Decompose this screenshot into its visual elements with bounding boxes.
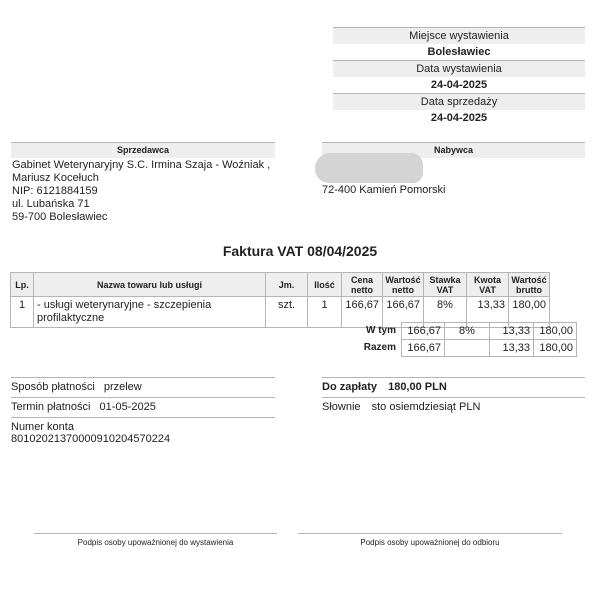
- header-lp: Lp.: [11, 273, 34, 297]
- receiver-signature-line: Podpis osoby upoważnionej do odbioru: [298, 533, 562, 547]
- payment-method-label: Sposób płatności: [11, 378, 95, 397]
- header-vat-rate: Stawka VAT: [424, 273, 467, 297]
- including-vat-rate: 8%: [445, 323, 490, 340]
- amount-due-value: 180,00 PLN: [388, 381, 447, 393]
- total-gross-value: 180,00: [534, 340, 577, 357]
- amount-due-section: Do zapłaty 180,00 PLN Słownie sto osiemd…: [322, 377, 585, 417]
- cell-unit: szt.: [266, 297, 308, 328]
- issue-info-box: Miejsce wystawienia Bolesławiec Data wys…: [333, 27, 585, 126]
- payment-section: Sposób płatności przelew Termin płatnośc…: [11, 377, 275, 445]
- seller-details: Gabinet Weterynaryjny S.C. Irmina Szaja …: [11, 158, 275, 224]
- account-block: Numer konta 80102021370000910204570224: [11, 417, 275, 445]
- including-vat-amount: 13,33: [490, 323, 534, 340]
- payment-due-label: Termin płatności: [11, 398, 90, 417]
- invoice-title: Faktura VAT 08/04/2025: [0, 243, 600, 259]
- total-label: Razem: [359, 340, 402, 357]
- sale-date-label: Data sprzedaży: [333, 93, 585, 110]
- seller-street: ul. Lubańska 71: [12, 198, 275, 211]
- issuer-signature-line: Podpis osoby upoważnionej do wystawienia: [34, 533, 277, 547]
- sale-date-value: 24-04-2025: [333, 110, 585, 126]
- payment-method-value: przelew: [104, 381, 142, 393]
- cell-lp: 1: [11, 297, 34, 328]
- including-label: W tym: [359, 323, 402, 340]
- seller-nip: NIP: 6121884159: [12, 185, 275, 198]
- redacted-buyer-name: [315, 153, 423, 183]
- buyer-city: 72-400 Kamień Pomorski: [322, 184, 446, 196]
- total-vat-rate: [445, 340, 490, 357]
- header-name: Nazwa towaru lub usługi: [34, 273, 266, 297]
- place-value: Bolesławiec: [333, 44, 585, 60]
- header-qty: Ilość: [308, 273, 342, 297]
- seller-heading: Sprzedawca: [11, 142, 275, 158]
- header-unit: Jm.: [266, 273, 308, 297]
- payment-due-row: Termin płatności 01-05-2025: [11, 397, 275, 417]
- amount-due-label: Do zapłaty: [322, 378, 377, 397]
- header-net-price: Cena netto: [342, 273, 383, 297]
- issue-date-label: Data wystawienia: [333, 60, 585, 77]
- amount-words-label: Słownie: [322, 398, 361, 417]
- header-vat-amount: Kwota VAT: [467, 273, 509, 297]
- issue-date-value: 24-04-2025: [333, 77, 585, 93]
- total-net-value: 166,67: [402, 340, 445, 357]
- amount-words-row: Słownie sto osiemdziesiąt PLN: [322, 397, 585, 417]
- place-label: Miejsce wystawienia: [333, 27, 585, 44]
- account-number: 80102021370000910204570224: [11, 433, 275, 445]
- account-label: Numer konta: [11, 421, 275, 433]
- seller-name-line-1: Gabinet Weterynaryjny S.C. Irmina Szaja …: [12, 159, 275, 172]
- amount-due-row: Do zapłaty 180,00 PLN: [322, 377, 585, 397]
- amount-words-value: sto osiemdziesiąt PLN: [372, 401, 481, 413]
- cell-name: - usługi weterynaryjne - szczepienia pro…: [34, 297, 266, 328]
- payment-method-row: Sposób płatności przelew: [11, 377, 275, 397]
- summary-total-row: Razem 166,67 13,33 180,00: [359, 340, 577, 357]
- header-gross-value: Wartość brutto: [509, 273, 550, 297]
- seller-name-line-2: Mariusz Kocełuch: [12, 172, 275, 185]
- total-vat-amount: 13,33: [490, 340, 534, 357]
- payment-due-value: 01-05-2025: [100, 401, 156, 413]
- summary-including-row: W tym 166,67 8% 13,33 180,00: [359, 323, 577, 340]
- items-table: Lp. Nazwa towaru lub usługi Jm. Ilość Ce…: [10, 272, 550, 328]
- seller-section: Sprzedawca Gabinet Weterynaryjny S.C. Ir…: [11, 142, 275, 224]
- seller-city: 59-700 Bolesławiec: [12, 211, 275, 224]
- including-gross-value: 180,00: [534, 323, 577, 340]
- header-net-value: Wartość netto: [383, 273, 424, 297]
- items-header-row: Lp. Nazwa towaru lub usługi Jm. Ilość Ce…: [11, 273, 550, 297]
- summary-table: W tym 166,67 8% 13,33 180,00 Razem 166,6…: [359, 322, 577, 357]
- cell-qty: 1: [308, 297, 342, 328]
- including-net-value: 166,67: [402, 323, 445, 340]
